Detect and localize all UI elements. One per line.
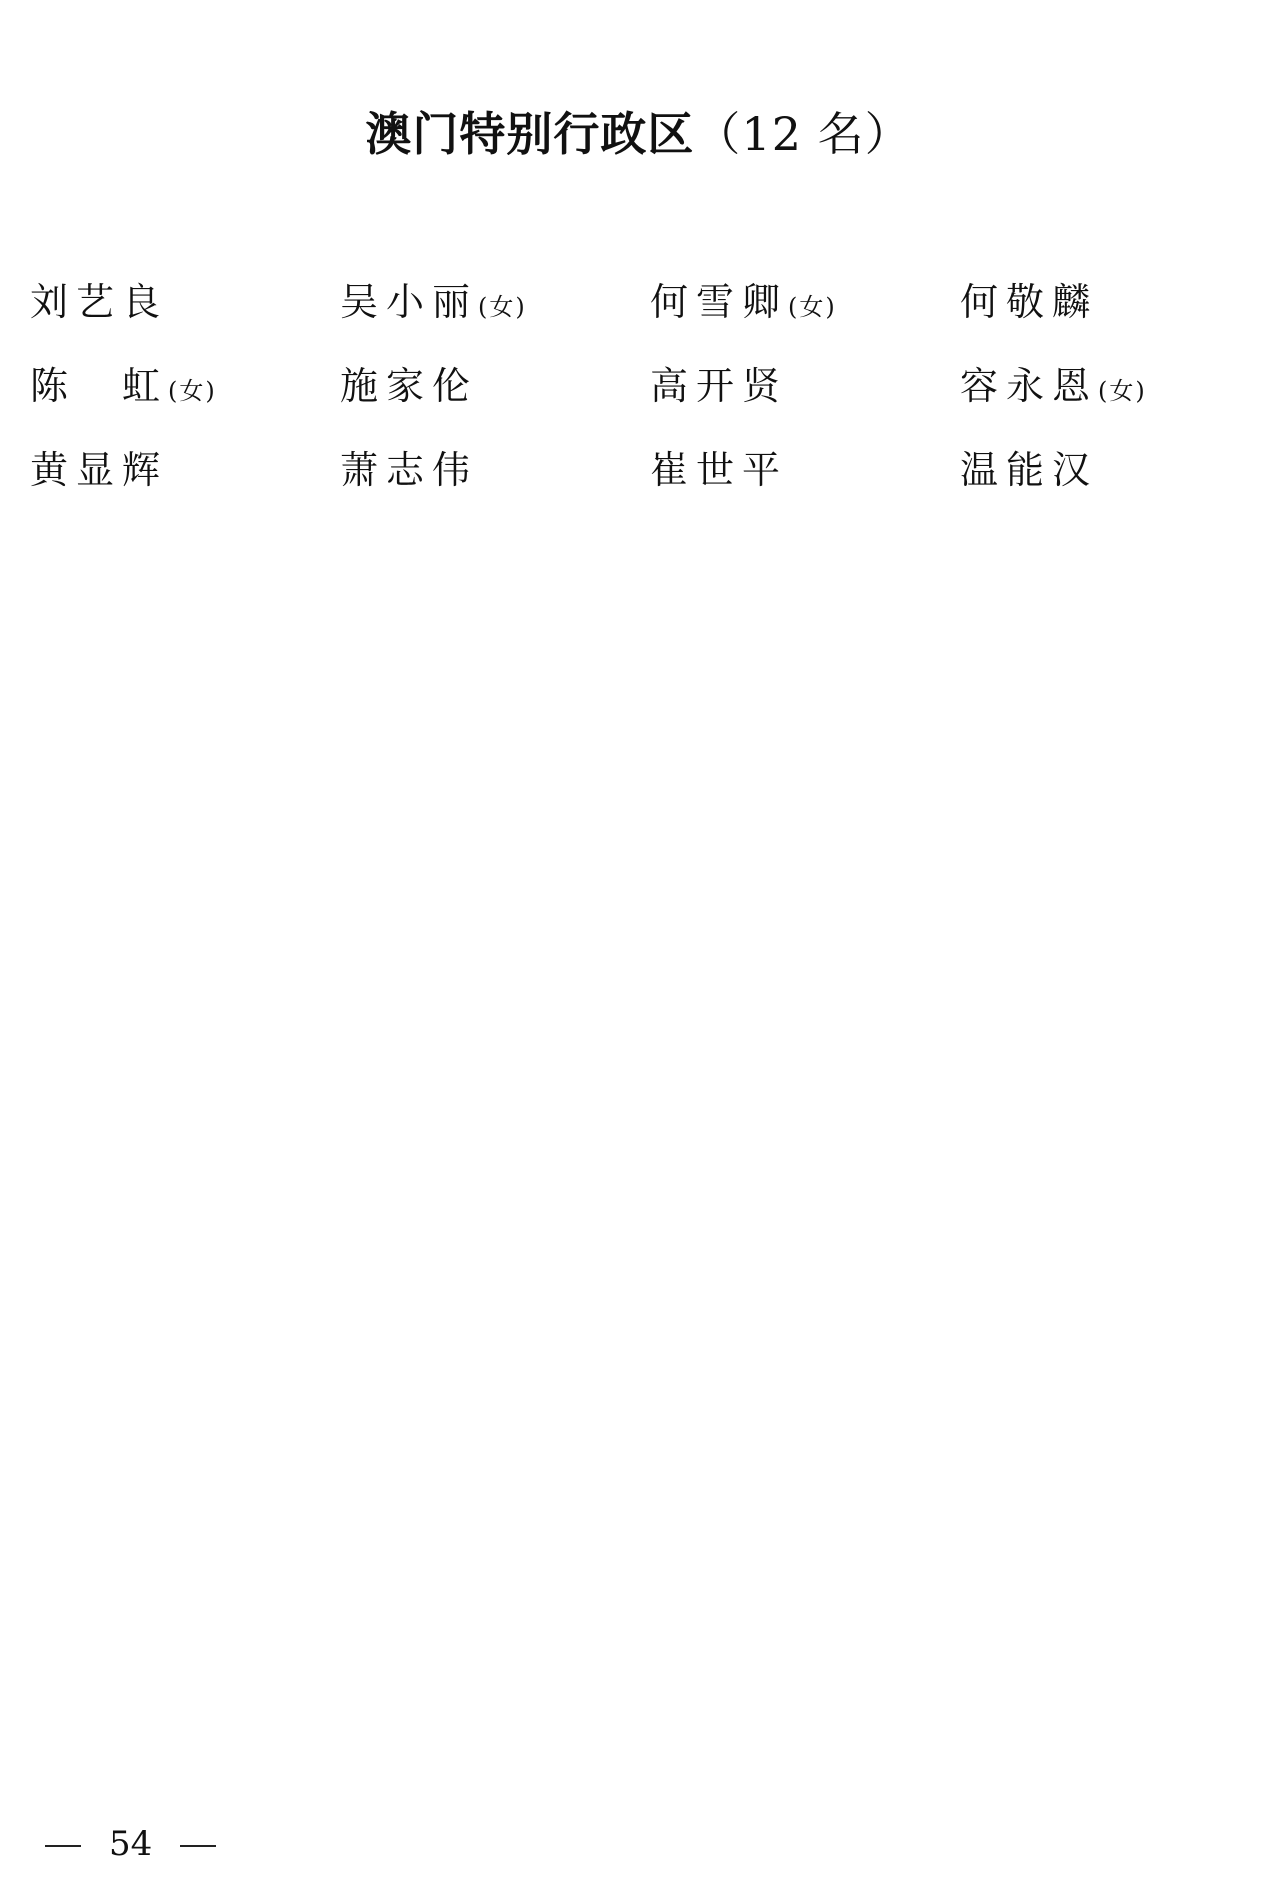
name-entry: 何敬麟 <box>960 272 1098 337</box>
gender-note: (女) <box>478 293 527 321</box>
name-row: 黄显辉 萧志伟 崔世平 温能汉 <box>30 440 1270 524</box>
person-name: 崔世平 <box>650 448 788 492</box>
name-entry: 刘艺良 <box>30 272 168 337</box>
gender-note: (女) <box>1098 377 1147 405</box>
title-count: （12 名） <box>694 107 911 161</box>
person-name: 何敬麟 <box>960 280 1098 324</box>
person-name: 施家伦 <box>340 364 478 408</box>
page-title: 澳门特别行政区（12 名） <box>0 104 1277 164</box>
name-row: 刘艺良 吴小丽(女) 何雪卿(女) 何敬麟 <box>30 272 1270 356</box>
person-name: 何雪卿 <box>650 280 788 324</box>
dash-right <box>180 1845 216 1847</box>
person-name: 高开贤 <box>650 364 788 408</box>
person-name: 吴小丽 <box>340 280 478 324</box>
name-entry: 黄显辉 <box>30 440 168 505</box>
name-entry: 施家伦 <box>340 356 478 421</box>
page-number: 54 <box>45 1822 216 1866</box>
title-text: 澳门特别行政区 <box>365 107 694 161</box>
name-entry: 温能汉 <box>960 440 1098 505</box>
name-entry: 容永恩(女) <box>960 356 1147 421</box>
name-row: 陈 虹(女) 施家伦 高开贤 容永恩(女) <box>30 356 1270 440</box>
name-entry: 萧志伟 <box>340 440 478 505</box>
name-entry: 陈 虹(女) <box>30 356 217 421</box>
dash-left <box>45 1845 81 1847</box>
name-list: 刘艺良 吴小丽(女) 何雪卿(女) 何敬麟 陈 虹(女) 施家伦 高开贤 容永恩… <box>30 272 1270 524</box>
person-name: 萧志伟 <box>340 448 478 492</box>
page-number-text: 54 <box>109 1824 152 1864</box>
name-entry: 高开贤 <box>650 356 788 421</box>
person-name: 黄显辉 <box>30 448 168 492</box>
person-name: 陈 虹 <box>30 364 168 408</box>
name-entry: 何雪卿(女) <box>650 272 837 337</box>
person-name: 容永恩 <box>960 364 1098 408</box>
name-entry: 崔世平 <box>650 440 788 505</box>
gender-note: (女) <box>168 377 217 405</box>
gender-note: (女) <box>788 293 837 321</box>
person-name: 温能汉 <box>960 448 1098 492</box>
person-name: 刘艺良 <box>30 280 168 324</box>
name-entry: 吴小丽(女) <box>340 272 527 337</box>
